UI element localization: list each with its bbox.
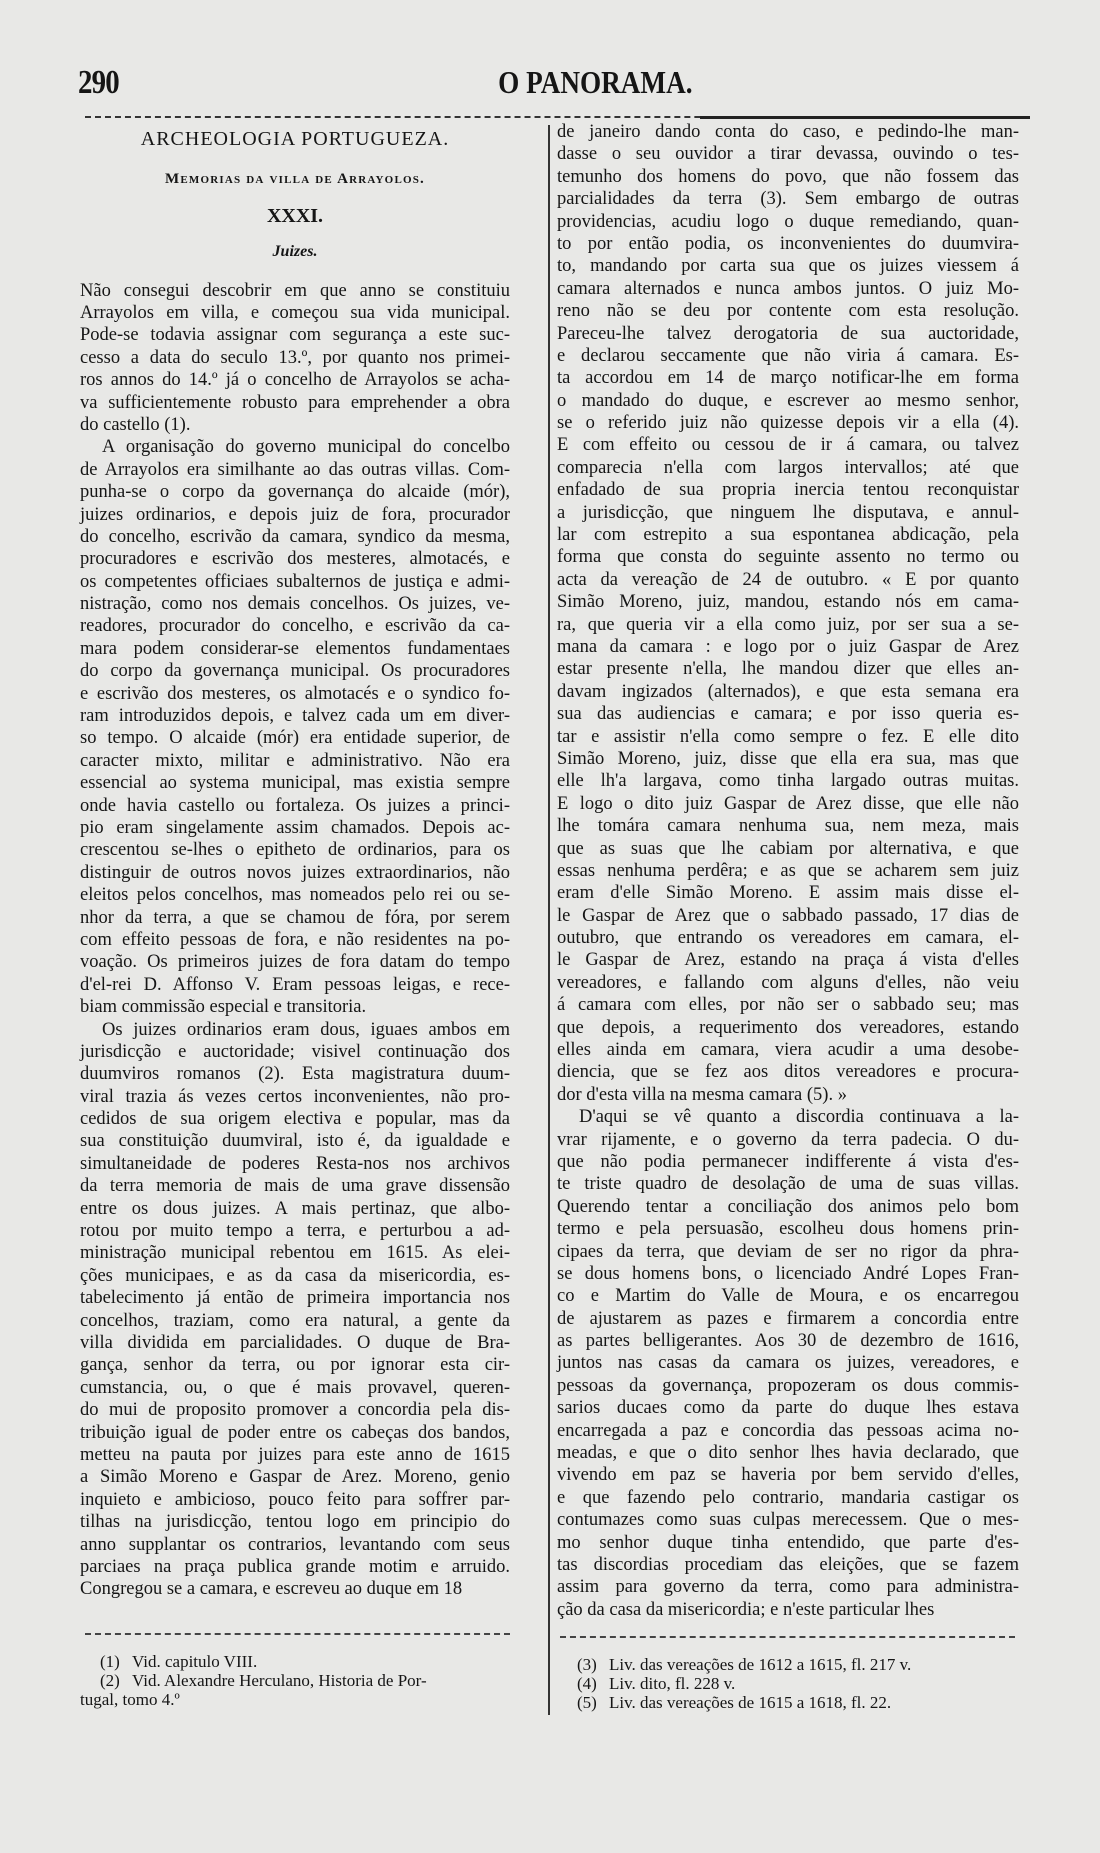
text-line: se dous homens bons, o licenciado André … [557, 1263, 1019, 1285]
text-line: co e Martim do Valle de Moura, e os enca… [557, 1285, 1019, 1307]
text-line: Pareceu-lhe talvez derogatoria de sua au… [557, 323, 1019, 345]
footnote: (2)Vid. Alexandre Herculano, Historia de… [80, 1671, 520, 1690]
text-line: do corpo da governança municipal. Os pro… [80, 660, 510, 682]
text-line: Simão Moreno, juiz, mandou, estando nós … [557, 591, 1019, 613]
text-line: diencia, que se fez aos ditos vereadores… [557, 1061, 1019, 1083]
text-line: mana da camara : e logo por o juiz Gaspa… [557, 636, 1019, 658]
text-line: enfadado de sua propria inercia tentou r… [557, 479, 1019, 501]
text-line: a jurisdicção, que ninguem lhe disputava… [557, 502, 1019, 524]
text-line: crescentou se-lhes o epitheto de ordinar… [80, 839, 510, 861]
text-line: e declarou seccamente que não viria á ca… [557, 345, 1019, 367]
text-line: ções municipaes, e as da casa da miseric… [80, 1265, 510, 1287]
text-line: do concelho, escrivão da camara, syndico… [80, 526, 510, 548]
text-line: contumazes como suas culpas merecessem. … [557, 1509, 1019, 1531]
text-line: distinguir de outros novos juizes extrao… [80, 862, 510, 884]
footnote: tugal, tomo 4.º [80, 1690, 520, 1709]
text-line: rotou por muito tempo a terra, e perturb… [80, 1220, 510, 1242]
text-line: juizes ordinarios, e depois juiz de fora… [80, 504, 510, 526]
text-line: camara alternados e nunca ambos juntos. … [557, 278, 1019, 300]
text-line: gança, senhor da terra, ou por ignorar e… [80, 1354, 510, 1376]
text-line: Arrayolos em villa, e começou sua vida m… [80, 302, 510, 324]
text-line: do mui de proposito promover a concordia… [80, 1399, 510, 1421]
text-line: pessoas da governança, propozeram os dou… [557, 1375, 1019, 1397]
right-footnotes: (3)Liv. das vereações de 1612 a 1615, fl… [557, 1655, 1027, 1712]
text-line: Pode-se todavia assignar com segurança a… [80, 324, 510, 346]
text-line: ta accordou em 14 de março notificar-lhe… [557, 367, 1019, 389]
text-line: cipaes da terra, que deviam de ser no ri… [557, 1241, 1019, 1263]
text-line: meadas, e que o dito senhor lhes havia d… [557, 1442, 1019, 1464]
text-line: ram introduzidos depois, e talvez cada u… [80, 705, 510, 727]
text-line: dasse o seu ouvidor a tirar devassa, ouv… [557, 143, 1019, 165]
text-line: parciaes na praça publica grande motim e… [80, 1556, 510, 1578]
text-line: caracter mixto, militar e administrativo… [80, 750, 510, 772]
text-line: Os juizes ordinarios eram dous, iguaes a… [80, 1019, 510, 1041]
text-line: to, mandando por carta sua que os juizes… [557, 255, 1019, 277]
text-line: sua constituição duumviral, isto é, da i… [80, 1130, 510, 1152]
text-line: tabelecimento já então de primeira impor… [80, 1287, 510, 1309]
text-line: a Simão Moreno e Gaspar de Arez. Moreno,… [80, 1466, 510, 1488]
footnote-number: (3) [557, 1655, 609, 1674]
text-line: Querendo tentar a conciliação dos animos… [557, 1196, 1019, 1218]
text-line: Simão Moreno, juiz, disse que ella era s… [557, 748, 1019, 770]
text-line: o mandado do duque, e escrever ao mesmo … [557, 390, 1019, 412]
text-line: tribuição igual de poder entre os cabeça… [80, 1422, 510, 1444]
text-line: eram d'elle Simão Moreno. E assim mais d… [557, 882, 1019, 904]
footnote-text: tugal, tomo 4.º [80, 1690, 180, 1709]
left-body-text: Não consegui descobrir em que anno se co… [80, 280, 510, 1601]
footnote-number: (5) [557, 1693, 609, 1712]
text-line: forma que consta do seguinte assento no … [557, 546, 1019, 568]
text-line: nistração, como nos demais concelhos. Os… [80, 593, 510, 615]
right-body-text: de janeiro dando conta do caso, e pedind… [557, 121, 1019, 1621]
left-footnotes: (1)Vid. capitulo VIII.(2)Vid. Alexandre … [80, 1652, 520, 1709]
text-line: do castello (1). [80, 414, 510, 436]
text-line: procuradores e escrivão dos mesteres, al… [80, 548, 510, 570]
text-line: tas discordias procediam das eleições, q… [557, 1554, 1019, 1576]
text-line: sarios ducaes como da parte do duque lhe… [557, 1397, 1019, 1419]
text-line: que depois, a requerimento dos vereadore… [557, 1017, 1019, 1039]
text-line: eleitos pelos concelhos, mas nomeados pe… [80, 884, 510, 906]
text-line: Não consegui descobrir em que anno se co… [80, 280, 510, 302]
footnote-text: Liv. das vereações de 1612 a 1615, fl. 2… [609, 1655, 911, 1674]
left-column: ARCHEOLOGIA PORTUGUEZA. Memorias da vill… [80, 124, 510, 1601]
text-line: ra, que queria vir a ella como juiz, por… [557, 614, 1019, 636]
text-line: mara podem considerar-se elementos funda… [80, 638, 510, 660]
text-line: de Arrayolos era similhante ao das outra… [80, 459, 510, 481]
text-line: outubro, que entrando os vereadores em c… [557, 927, 1019, 949]
text-line: biam commissão especial e transitoria. [80, 996, 510, 1018]
text-line: simultaneidade de poderes Resta-nos nos … [80, 1153, 510, 1175]
text-line: de janeiro dando conta do caso, e pedind… [557, 121, 1019, 143]
text-line: providencias, acudiu logo o duque remedi… [557, 211, 1019, 233]
text-line: essas nenhuma perdêra; e as que se achar… [557, 860, 1019, 882]
text-line: ministração municipal rebentou em 1615. … [80, 1242, 510, 1264]
footnote: (4)Liv. dito, fl. 228 v. [557, 1674, 1027, 1693]
column-divider [548, 125, 550, 1715]
footnote: (3)Liv. das vereações de 1612 a 1615, fl… [557, 1655, 1027, 1674]
text-line: vrar rijamente, e o governo da terra pad… [557, 1129, 1019, 1151]
text-line: vivendo em paz se haveria por bem servid… [557, 1464, 1019, 1486]
text-line: ros annos do 14.º já o concelho de Array… [80, 369, 510, 391]
text-line: estar presente n'ella, lhe mandou dizer … [557, 658, 1019, 680]
header-rule-solid [700, 116, 1030, 119]
text-line: readores, procurador do concelho, e escr… [80, 615, 510, 637]
text-line: onde havia castello ou fortaleza. Os jui… [80, 795, 510, 817]
footnote-text: Vid. capitulo VIII. [132, 1652, 257, 1671]
text-line: termo e pela persuasão, escolheu dous ho… [557, 1218, 1019, 1240]
text-line: as partes belligerantes. Aos 30 de dezem… [557, 1330, 1019, 1352]
text-line: jurisdicção e auctoridade; visivel conti… [80, 1041, 510, 1063]
text-line: acta da vereação de 24 de outubro. « E p… [557, 569, 1019, 591]
right-column: de janeiro dando conta do caso, e pedind… [557, 121, 1019, 1621]
text-line: davam ingizados (alternados), e que esta… [557, 681, 1019, 703]
text-line: anno supplantar os contrarios, levantand… [80, 1534, 510, 1556]
text-line: E com effeito ou cessou de ir á camara, … [557, 434, 1019, 456]
text-line: se o referido juiz não quizesse depois v… [557, 412, 1019, 434]
text-line: ção da casa da misericordia; e n'este pa… [557, 1599, 1019, 1621]
text-line: e que fazendo pelo contrario, mandaria c… [557, 1487, 1019, 1509]
left-footnote-rule [85, 1633, 510, 1635]
text-line: nhor da terra, a que se chamou de fóra, … [80, 907, 510, 929]
text-line: tar e assistir n'ella como sempre o fez.… [557, 726, 1019, 748]
text-line: de ajustarem as pazes e firmarem a conco… [557, 1308, 1019, 1330]
section-title: ARCHEOLOGIA PORTUGUEZA. [80, 128, 510, 150]
text-line: assim para governo da terra, como para a… [557, 1576, 1019, 1598]
text-line: tilhas na jurisdicção, tentou logo em pr… [80, 1511, 510, 1533]
text-line: que não podia permanecer indifferente á … [557, 1151, 1019, 1173]
masthead: O PANORAMA. [0, 64, 1100, 101]
chapter-number: XXXI. [80, 205, 510, 227]
footnote-text: Liv. dito, fl. 228 v. [609, 1674, 735, 1693]
text-line: juntos nas casas da camara os juizes, ve… [557, 1352, 1019, 1374]
text-line: to por então podia, os inconvenientes do… [557, 233, 1019, 255]
text-line: Congregou se a camara, e escreveu ao duq… [80, 1578, 510, 1600]
text-line: punha-se o corpo da governança do alcaid… [80, 481, 510, 503]
text-line: te triste quadro de desolação de uma de … [557, 1173, 1019, 1195]
text-line: á camara com elles, por não ser o sabbad… [557, 994, 1019, 1016]
text-line: so tempo. O alcaide (mór) era entidade s… [80, 727, 510, 749]
text-line: metteu na pauta por juizes para este ann… [80, 1444, 510, 1466]
text-line: mo senhor duque tinha entendido, que par… [557, 1532, 1019, 1554]
footnote: (5)Liv. das vereações de 1615 a 1618, fl… [557, 1693, 1027, 1712]
footnote: (1)Vid. capitulo VIII. [80, 1652, 520, 1671]
chapter-heading: Juizes. [80, 241, 510, 263]
text-line: entre os dous juizes. A mais pertinaz, q… [80, 1198, 510, 1220]
text-line: com effeito pessoas de fora, e não resid… [80, 929, 510, 951]
right-footnote-rule [560, 1636, 1015, 1638]
text-line: voação. Os primeiros juizes de fora data… [80, 951, 510, 973]
text-line: os competentes officiaes subalternos de … [80, 571, 510, 593]
text-line: elles ainda em camara, viera acudir a um… [557, 1039, 1019, 1061]
text-line: sua das audiencias e camara; e por isso … [557, 703, 1019, 725]
text-line: cedidos de sua origem electiva e popular… [80, 1108, 510, 1130]
text-line: dor d'esta villa na mesma camara (5). » [557, 1084, 1019, 1106]
text-line: que as suas que lhe cabiam por alternati… [557, 838, 1019, 860]
text-line: duumviros romanos (2). Esta magistratura… [80, 1063, 510, 1085]
footnote-number: (1) [80, 1652, 132, 1671]
text-line: elle lh'a largava, como tinha largado ou… [557, 770, 1019, 792]
text-line: viral trazia ás vezes certos inconvenien… [80, 1086, 510, 1108]
text-line: reno não se deu por contente com esta re… [557, 300, 1019, 322]
footnote-number: (4) [557, 1674, 609, 1693]
footnote-number: (2) [80, 1671, 132, 1690]
footnote-text: Liv. das vereações de 1615 a 1618, fl. 2… [609, 1693, 891, 1712]
footnote-text: Vid. Alexandre Herculano, Historia de Po… [132, 1671, 427, 1690]
section-subtitle: Memorias da villa de Arrayolos. [80, 168, 510, 190]
text-line: cesso a data do seculo 13.º, por quanto … [80, 347, 510, 369]
text-line: cumstancia, ou, o que é mais provavel, q… [80, 1377, 510, 1399]
text-line: vereadores, e fallando com alguns d'elle… [557, 972, 1019, 994]
text-line: E logo o dito juiz Gaspar de Arez disse,… [557, 793, 1019, 815]
text-line: inquieto e ambicioso, pouco feito para s… [80, 1489, 510, 1511]
text-line: lhe tomára camara nenhuma sua, nem meza,… [557, 815, 1019, 837]
text-line: temunho dos homens do povo, que não foss… [557, 166, 1019, 188]
text-line: e escrivão dos mesteres, os almotacés e … [80, 683, 510, 705]
text-line: comparecia n'ella com largos intervallos… [557, 457, 1019, 479]
text-line: essencial ao systema municipal, mas exis… [80, 772, 510, 794]
text-line: pio eram singelamente assim chamados. De… [80, 817, 510, 839]
text-line: d'el-rei D. Affonso V. Eram pessoas leig… [80, 974, 510, 996]
text-line: encarregada a paz e concordia das pessoa… [557, 1420, 1019, 1442]
text-line: D'aqui se vê quanto a discordia continua… [557, 1106, 1019, 1128]
text-line: concelhos, traziam, como era natural, a … [80, 1310, 510, 1332]
text-line: villa dividida em parcialidades. O duque… [80, 1332, 510, 1354]
text-line: va sufficientemente robusto para emprehe… [80, 392, 510, 414]
text-line: le Gaspar de Arez que o sabbado passado,… [557, 905, 1019, 927]
text-line: lar com estrepito a sua espontanea abdic… [557, 524, 1019, 546]
masthead-title: O PANORAMA. [498, 64, 692, 101]
text-line: A organisação do governo municipal do co… [80, 436, 510, 458]
text-line: le Gaspar de Arez, estando na praça á vi… [557, 949, 1019, 971]
text-line: da terra memoria de mais de uma grave di… [80, 1175, 510, 1197]
text-line: parcialidades da terra (3). Sem embargo … [557, 188, 1019, 210]
